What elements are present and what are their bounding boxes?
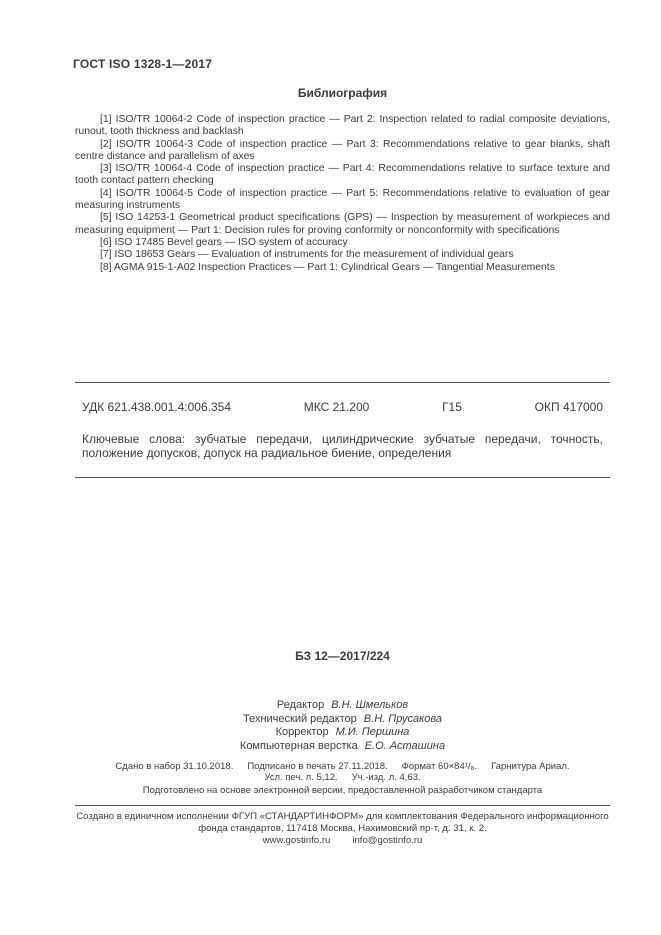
bibliography-item: [6] ISO 17485 Bevel gears — ISO system o… (75, 237, 610, 249)
document-page: ГОСТ ISO 1328-1—2017 Библиография [1] IS… (0, 0, 661, 935)
publisher-sheets: Уч.-изд. л. 4,63. (352, 772, 421, 783)
publisher-contacts: www.gostinfo.ru info@gostinfo.ru (75, 835, 610, 847)
mks-code: МКС 21.200 (304, 400, 370, 414)
publisher-line-1: Создано в единичном исполнении ФГУП «СТА… (75, 811, 610, 823)
classification-row: УДК 621.438.001.4:006.354 МКС 21.200 Г15… (75, 400, 610, 414)
staff-line: Компьютерная версткаЕ.О. Асташина (75, 740, 610, 754)
staff-name: М.И. Першина (336, 726, 410, 738)
imprint-line-1: Сдано в набор 31.10.2018. Подписано в пе… (75, 761, 610, 772)
bibliography-item: [1] ISO/TR 10064-2 Code of inspection pr… (75, 114, 610, 139)
bibliography-item: [8] AGMA 915-1-A02 Inspection Practices … (75, 262, 610, 274)
staff-line: Технический редакторВ.Н. Прусакова (75, 713, 610, 727)
typeset-date: Сдано в набор 31.10.2018. (115, 761, 233, 772)
publisher-footer: Создано в единичном исполнении ФГУП «СТА… (75, 805, 610, 848)
keywords-paragraph: Ключевые слова: зубчатые передачи, цилин… (75, 432, 610, 461)
staff-line: РедакторВ.Н. Шмельков (75, 699, 610, 713)
staff-name: Е.О. Асташина (365, 740, 445, 752)
publisher-email: info@gostinfo.ru (352, 835, 422, 847)
typeface-spec: Гарнитура Ариал. (491, 761, 569, 772)
staff-role: Редактор (277, 699, 324, 711)
staff-line: КорректорМ.И. Першина (75, 726, 610, 740)
staff-name: В.Н. Прусакова (364, 713, 442, 725)
bibliography-list: [1] ISO/TR 10064-2 Code of inspection pr… (75, 114, 610, 274)
staff-role: Корректор (276, 726, 329, 738)
bibliography-item: [5] ISO 14253-1 Geometrical product spec… (75, 212, 610, 237)
imprint-line-3: Подготовлено на основе электронной верси… (75, 785, 610, 796)
publisher-website: www.gostinfo.ru (263, 835, 331, 847)
print-date: Подписано в печать 27.11.2018. (247, 761, 387, 772)
okp-code: ОКП 417000 (535, 400, 603, 414)
bibliography-item: [4] ISO/TR 10064-5 Code of inspection pr… (75, 188, 610, 213)
standard-code: ГОСТ ISO 1328-1—2017 (73, 57, 212, 71)
staff-credits: РедакторВ.Н. ШмельковТехнический редакто… (75, 699, 610, 753)
imprint-block: Сдано в набор 31.10.2018. Подписано в пе… (75, 761, 610, 796)
staff-role: Компьютерная верстка (240, 740, 358, 752)
section-title-bibliography: Библиография (75, 86, 610, 100)
group-code: Г15 (442, 400, 462, 414)
bibliography-item: [3] ISO/TR 10064-4 Code of inspection pr… (75, 163, 610, 188)
imprint-line-2: Усл. печ. л. 5,12. Уч.-изд. л. 4,63. (75, 772, 610, 783)
udk-code: УДК 621.438.001.4:006.354 (82, 400, 231, 414)
edition-code: БЗ 12—2017/224 (75, 649, 610, 663)
bibliography-item: [7] ISO 18653 Gears — Evaluation of inst… (75, 249, 610, 261)
staff-name: В.Н. Шмельков (331, 699, 408, 711)
publisher-line-2: фонда стандартов, 117418 Москва, Нахимов… (75, 823, 610, 835)
staff-role: Технический редактор (243, 713, 357, 725)
classification-block: УДК 621.438.001.4:006.354 МКС 21.200 Г15… (75, 382, 610, 478)
format-spec: Формат 60×84¹/₈. (402, 761, 477, 772)
printed-sheets: Усл. печ. л. 5,12. (264, 772, 337, 783)
bibliography-item: [2] ISO/TR 10064-3 Code of inspection pr… (75, 139, 610, 164)
